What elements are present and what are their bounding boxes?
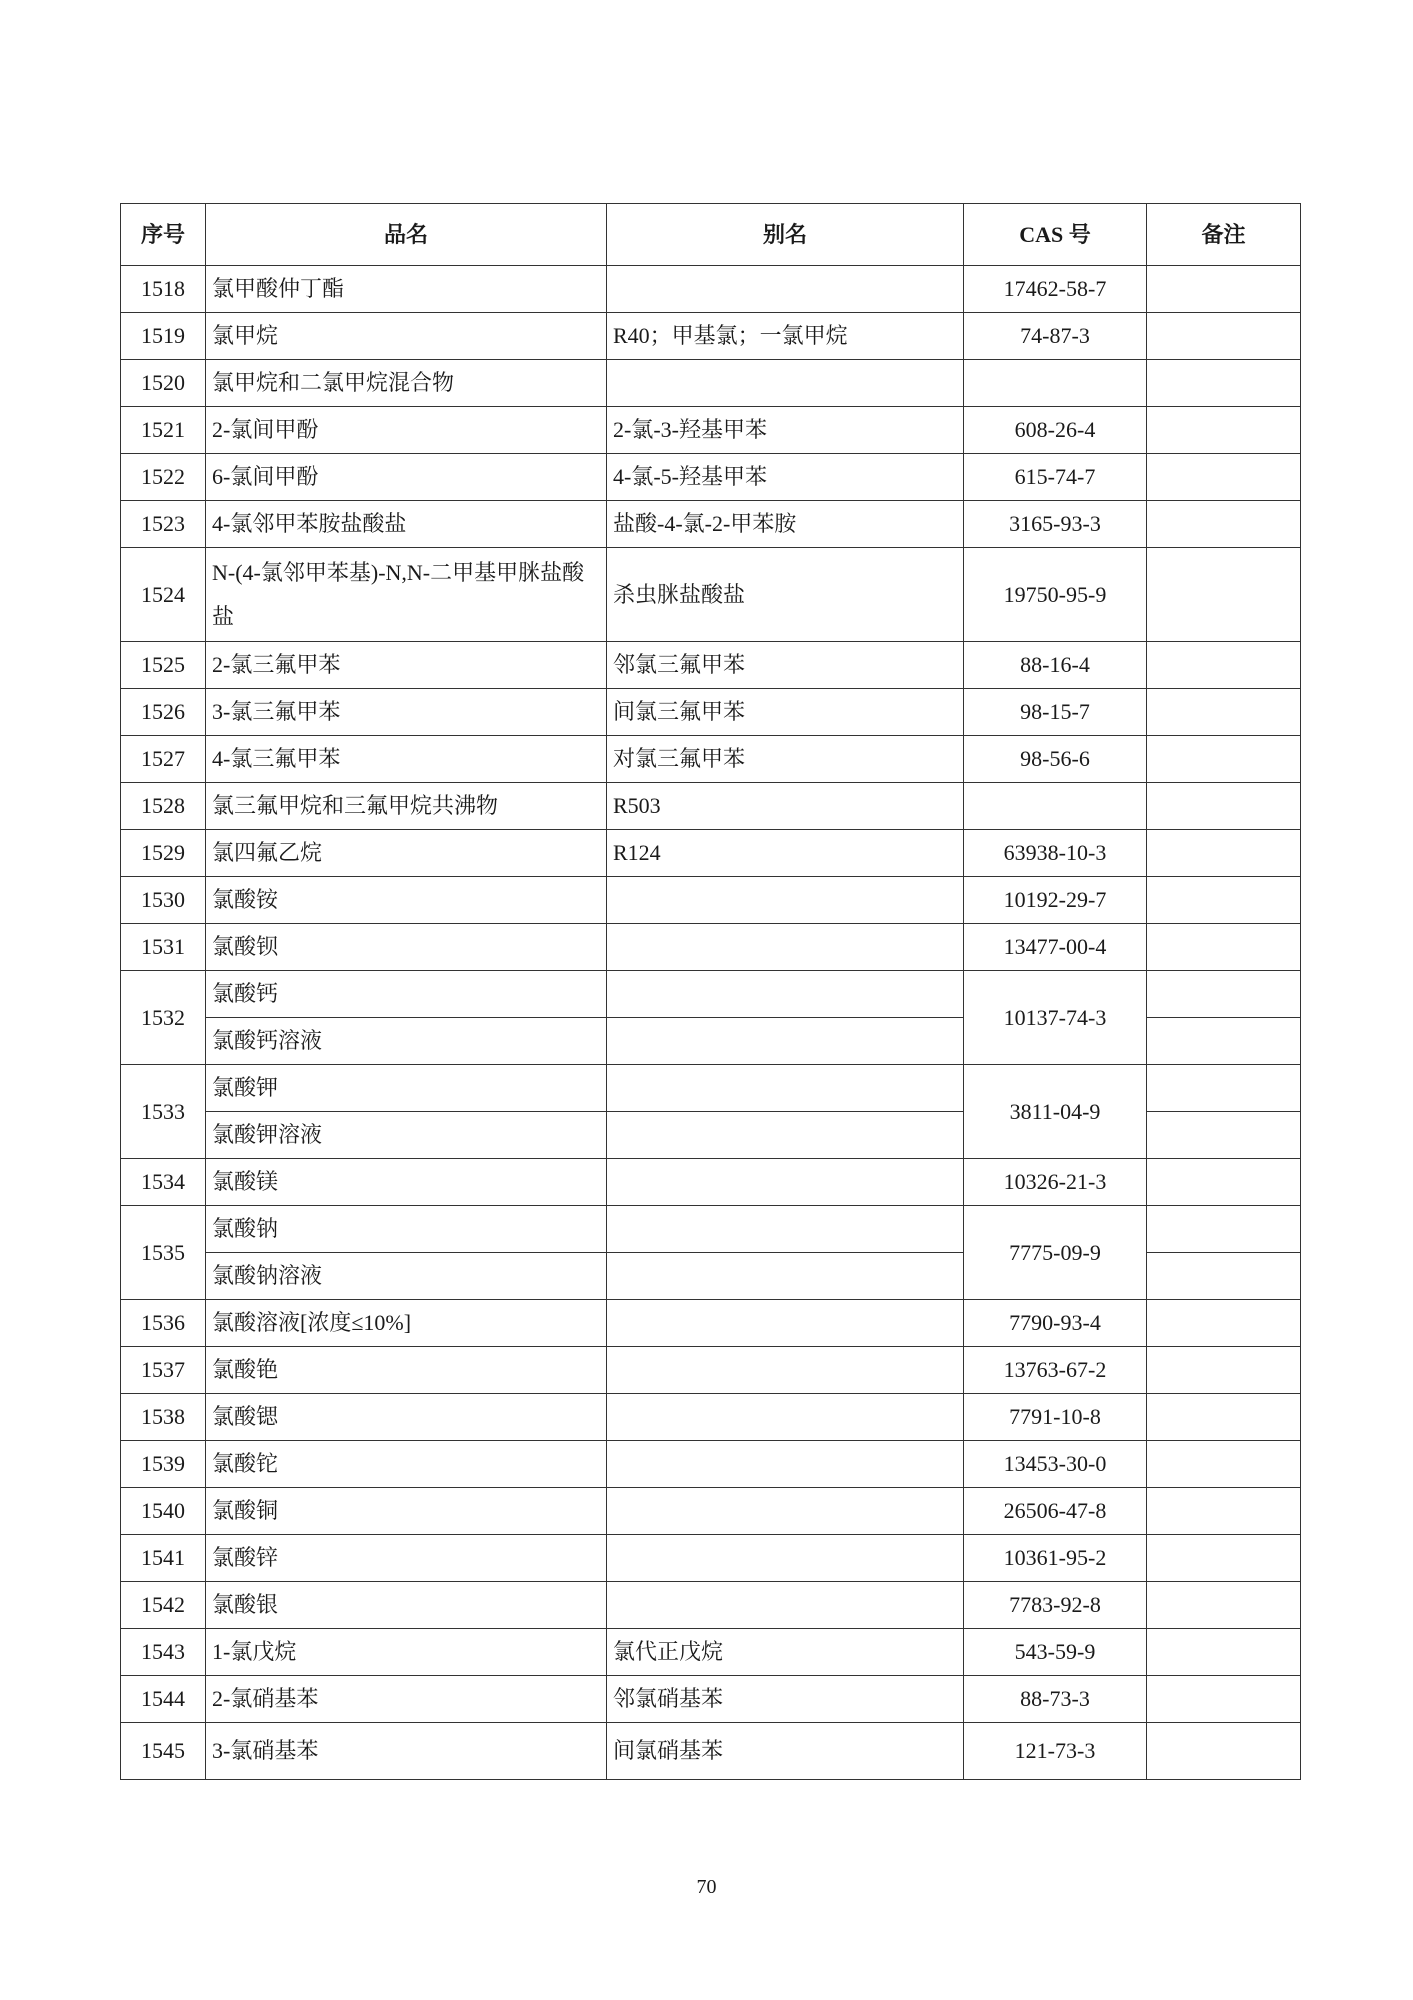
cell-no: 1519: [121, 313, 206, 360]
cell-cas: 17462-58-7: [964, 266, 1147, 313]
cell-note: [1147, 1112, 1301, 1159]
cell-cas: [964, 360, 1147, 407]
cell-name: 3-氯三氟甲苯: [206, 689, 607, 736]
table-row: 15226-氯间甲酚4-氯-5-羟基甲苯615-74-7: [121, 454, 1301, 501]
cell-note: [1147, 1582, 1301, 1629]
cell-alias: [607, 266, 964, 313]
cell-alias: [607, 1065, 964, 1112]
cell-cas: 7791-10-8: [964, 1394, 1147, 1441]
cell-name: 氯酸钙: [206, 971, 607, 1018]
cell-name: 2-氯硝基苯: [206, 1676, 607, 1723]
table-row: 1537氯酸铯13763-67-2: [121, 1347, 1301, 1394]
cell-name: 氯甲烷和二氯甲烷混合物: [206, 360, 607, 407]
cell-alias: 盐酸-4-氯-2-甲苯胺: [607, 501, 964, 548]
cell-alias: [607, 360, 964, 407]
header-cas: CAS 号: [964, 204, 1147, 266]
cell-cas: 10137-74-3: [964, 971, 1147, 1065]
cell-cas: 7783-92-8: [964, 1582, 1147, 1629]
cell-no: 1520: [121, 360, 206, 407]
cell-name: 氯甲酸仲丁酯: [206, 266, 607, 313]
cell-alias: 间氯硝基苯: [607, 1723, 964, 1780]
cell-note: [1147, 971, 1301, 1018]
cell-alias: [607, 1206, 964, 1253]
cell-cas: 98-15-7: [964, 689, 1147, 736]
cell-cas: 88-16-4: [964, 642, 1147, 689]
cell-note: [1147, 1347, 1301, 1394]
cell-cas: 74-87-3: [964, 313, 1147, 360]
cell-no: 1524: [121, 548, 206, 642]
cell-cas: [964, 783, 1147, 830]
cell-name: 氯酸铯: [206, 1347, 607, 1394]
table-row: 1534氯酸镁10326-21-3: [121, 1159, 1301, 1206]
cell-alias: 4-氯-5-羟基甲苯: [607, 454, 964, 501]
table-row: 15263-氯三氟甲苯间氯三氟甲苯98-15-7: [121, 689, 1301, 736]
cell-no: 1533: [121, 1065, 206, 1159]
cell-cas: 19750-95-9: [964, 548, 1147, 642]
cell-note: [1147, 736, 1301, 783]
cell-cas: 26506-47-8: [964, 1488, 1147, 1535]
table-row: 15252-氯三氟甲苯邻氯三氟甲苯88-16-4: [121, 642, 1301, 689]
cell-name-solution: 氯酸钾溶液: [206, 1112, 607, 1159]
cell-note: [1147, 1629, 1301, 1676]
cell-name: 氯酸钡: [206, 924, 607, 971]
cell-note: [1147, 830, 1301, 877]
cell-name: 氯酸锶: [206, 1394, 607, 1441]
cell-name: 氯甲烷: [206, 313, 607, 360]
cell-no: 1545: [121, 1723, 206, 1780]
cell-cas: 608-26-4: [964, 407, 1147, 454]
cell-alias: 杀虫脒盐酸盐: [607, 548, 964, 642]
cell-no: 1536: [121, 1300, 206, 1347]
cell-alias: 邻氯三氟甲苯: [607, 642, 964, 689]
cell-cas: 63938-10-3: [964, 830, 1147, 877]
cell-name: 氯酸铵: [206, 877, 607, 924]
cell-name: 氯酸钠: [206, 1206, 607, 1253]
cell-note: [1147, 266, 1301, 313]
cell-alias: [607, 877, 964, 924]
cell-no: 1526: [121, 689, 206, 736]
cell-alias: [607, 1582, 964, 1629]
cell-no: 1538: [121, 1394, 206, 1441]
cell-name: 氯酸溶液[浓度≤10%]: [206, 1300, 607, 1347]
cell-cas: 615-74-7: [964, 454, 1147, 501]
cell-note: [1147, 783, 1301, 830]
cell-alias: 对氯三氟甲苯: [607, 736, 964, 783]
cell-no: 1522: [121, 454, 206, 501]
table-row: 1518氯甲酸仲丁酯17462-58-7: [121, 266, 1301, 313]
header-note: 备注: [1147, 204, 1301, 266]
cell-cas: 7790-93-4: [964, 1300, 1147, 1347]
cell-note: [1147, 877, 1301, 924]
table-row: 1540氯酸铜26506-47-8: [121, 1488, 1301, 1535]
cell-name: 4-氯三氟甲苯: [206, 736, 607, 783]
table-row: 1539氯酸铊13453-30-0: [121, 1441, 1301, 1488]
cell-name-solution: 氯酸钙溶液: [206, 1018, 607, 1065]
cell-alias: [607, 1159, 964, 1206]
table-row: 1542氯酸银7783-92-8: [121, 1582, 1301, 1629]
cell-note: [1147, 924, 1301, 971]
cell-no: 1532: [121, 971, 206, 1065]
cell-cas: 10326-21-3: [964, 1159, 1147, 1206]
cell-name: 4-氯邻甲苯胺盐酸盐: [206, 501, 607, 548]
cell-note: [1147, 1253, 1301, 1300]
cell-no: 1521: [121, 407, 206, 454]
cell-note: [1147, 642, 1301, 689]
cell-note: [1147, 1018, 1301, 1065]
cell-name: 2-氯三氟甲苯: [206, 642, 607, 689]
cell-note: [1147, 1159, 1301, 1206]
cell-alias: [607, 1253, 964, 1300]
cell-cas: 13477-00-4: [964, 924, 1147, 971]
header-alias: 别名: [607, 204, 964, 266]
hazardous-chemicals-table: 序号 品名 别名 CAS 号 备注 1518氯甲酸仲丁酯17462-58-7 1…: [120, 203, 1301, 1780]
table-row: 1520氯甲烷和二氯甲烷混合物: [121, 360, 1301, 407]
table-row: 15234-氯邻甲苯胺盐酸盐盐酸-4-氯-2-甲苯胺3165-93-3: [121, 501, 1301, 548]
cell-note: [1147, 1065, 1301, 1112]
cell-alias: 氯代正戊烷: [607, 1629, 964, 1676]
cell-no: 1540: [121, 1488, 206, 1535]
cell-name: 氯酸钾: [206, 1065, 607, 1112]
cell-no: 1537: [121, 1347, 206, 1394]
cell-note: [1147, 313, 1301, 360]
cell-cas: 3811-04-9: [964, 1065, 1147, 1159]
cell-cas: 121-73-3: [964, 1723, 1147, 1780]
cell-no: 1535: [121, 1206, 206, 1300]
table-row: 1529氯四氟乙烷R12463938-10-3: [121, 830, 1301, 877]
cell-alias: 邻氯硝基苯: [607, 1676, 964, 1723]
cell-no: 1541: [121, 1535, 206, 1582]
cell-no: 1543: [121, 1629, 206, 1676]
table-row: 1528氯三氟甲烷和三氟甲烷共沸物R503: [121, 783, 1301, 830]
cell-alias: 2-氯-3-羟基甲苯: [607, 407, 964, 454]
cell-name: 氯三氟甲烷和三氟甲烷共沸物: [206, 783, 607, 830]
cell-no: 1525: [121, 642, 206, 689]
table-row: 15431-氯戊烷氯代正戊烷543-59-9: [121, 1629, 1301, 1676]
cell-cas: 13763-67-2: [964, 1347, 1147, 1394]
cell-no: 1531: [121, 924, 206, 971]
cell-name: 6-氯间甲酚: [206, 454, 607, 501]
cell-alias: [607, 1535, 964, 1582]
cell-name: 1-氯戊烷: [206, 1629, 607, 1676]
cell-alias: [607, 1441, 964, 1488]
cell-note: [1147, 1300, 1301, 1347]
cell-cas: 7775-09-9: [964, 1206, 1147, 1300]
header-name: 品名: [206, 204, 607, 266]
cell-note: [1147, 454, 1301, 501]
cell-alias: [607, 971, 964, 1018]
table-row: 1538氯酸锶7791-10-8: [121, 1394, 1301, 1441]
cell-cas: 13453-30-0: [964, 1441, 1147, 1488]
table-row: 1530氯酸铵10192-29-7: [121, 877, 1301, 924]
table-row: 15212-氯间甲酚2-氯-3-羟基甲苯608-26-4: [121, 407, 1301, 454]
cell-name: N-(4-氯邻甲苯基)-N,N-二甲基甲脒盐酸盐: [206, 548, 607, 642]
cell-no: 1534: [121, 1159, 206, 1206]
cell-alias: [607, 1112, 964, 1159]
cell-note: [1147, 360, 1301, 407]
cell-note: [1147, 407, 1301, 454]
cell-name: 氯酸镁: [206, 1159, 607, 1206]
table-row: 1536氯酸溶液[浓度≤10%]7790-93-4: [121, 1300, 1301, 1347]
cell-alias: [607, 1018, 964, 1065]
cell-name: 氯酸铊: [206, 1441, 607, 1488]
cell-alias: [607, 1347, 964, 1394]
cell-no: 1523: [121, 501, 206, 548]
cell-name: 2-氯间甲酚: [206, 407, 607, 454]
cell-note: [1147, 501, 1301, 548]
cell-note: [1147, 1441, 1301, 1488]
cell-cas: 3165-93-3: [964, 501, 1147, 548]
table-row: 1535氯酸钠7775-09-9: [121, 1206, 1301, 1253]
cell-cas: 10361-95-2: [964, 1535, 1147, 1582]
cell-no: 1518: [121, 266, 206, 313]
cell-cas: 88-73-3: [964, 1676, 1147, 1723]
table-header-row: 序号 品名 别名 CAS 号 备注: [121, 204, 1301, 266]
table-row: 1519氯甲烷R40；甲基氯；一氯甲烷74-87-3: [121, 313, 1301, 360]
cell-alias: [607, 1394, 964, 1441]
table-row: 1524N-(4-氯邻甲苯基)-N,N-二甲基甲脒盐酸盐杀虫脒盐酸盐19750-…: [121, 548, 1301, 642]
cell-note: [1147, 1535, 1301, 1582]
cell-alias: R503: [607, 783, 964, 830]
cell-note: [1147, 1676, 1301, 1723]
cell-note: [1147, 1488, 1301, 1535]
cell-note: [1147, 689, 1301, 736]
cell-name: 3-氯硝基苯: [206, 1723, 607, 1780]
page-number: 70: [0, 1876, 1413, 1899]
cell-cas: 98-56-6: [964, 736, 1147, 783]
cell-no: 1530: [121, 877, 206, 924]
table-row: 15453-氯硝基苯间氯硝基苯121-73-3: [121, 1723, 1301, 1780]
cell-note: [1147, 548, 1301, 642]
cell-alias: 间氯三氟甲苯: [607, 689, 964, 736]
cell-name: 氯四氟乙烷: [206, 830, 607, 877]
cell-name: 氯酸锌: [206, 1535, 607, 1582]
cell-alias: [607, 1300, 964, 1347]
cell-cas: 543-59-9: [964, 1629, 1147, 1676]
cell-alias: R40；甲基氯；一氯甲烷: [607, 313, 964, 360]
cell-alias: R124: [607, 830, 964, 877]
cell-name-solution: 氯酸钠溶液: [206, 1253, 607, 1300]
header-no: 序号: [121, 204, 206, 266]
table-row: 1531氯酸钡13477-00-4: [121, 924, 1301, 971]
cell-alias: [607, 924, 964, 971]
cell-note: [1147, 1723, 1301, 1780]
cell-no: 1528: [121, 783, 206, 830]
cell-cas: 10192-29-7: [964, 877, 1147, 924]
table-row: 15274-氯三氟甲苯对氯三氟甲苯98-56-6: [121, 736, 1301, 783]
cell-name: 氯酸银: [206, 1582, 607, 1629]
table-row: 1541氯酸锌10361-95-2: [121, 1535, 1301, 1582]
cell-name: 氯酸铜: [206, 1488, 607, 1535]
cell-note: [1147, 1394, 1301, 1441]
cell-no: 1529: [121, 830, 206, 877]
cell-no: 1539: [121, 1441, 206, 1488]
table-row: 1533氯酸钾3811-04-9: [121, 1065, 1301, 1112]
cell-note: [1147, 1206, 1301, 1253]
cell-no: 1544: [121, 1676, 206, 1723]
cell-no: 1542: [121, 1582, 206, 1629]
cell-no: 1527: [121, 736, 206, 783]
cell-alias: [607, 1488, 964, 1535]
table-row: 15442-氯硝基苯邻氯硝基苯88-73-3: [121, 1676, 1301, 1723]
table-row: 1532氯酸钙10137-74-3: [121, 971, 1301, 1018]
